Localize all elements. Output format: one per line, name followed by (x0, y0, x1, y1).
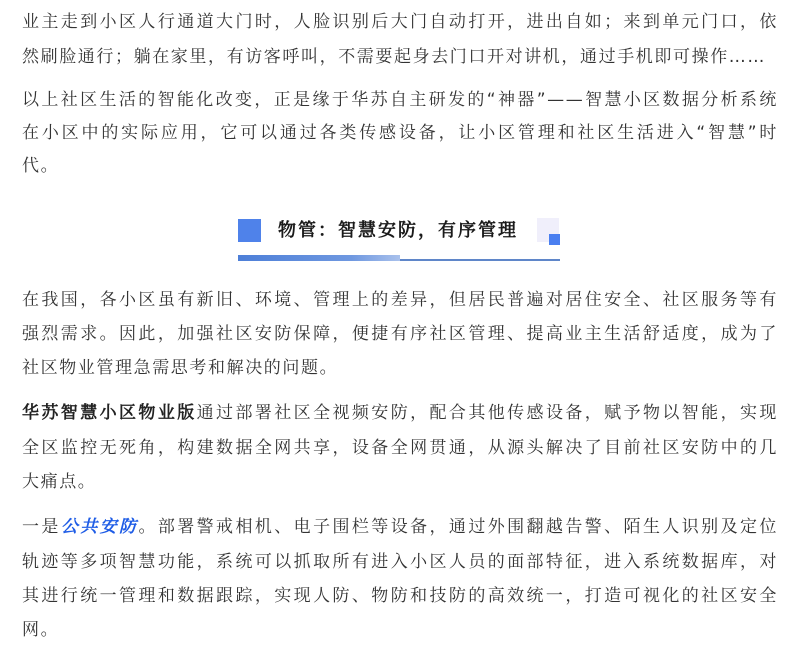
section-header: 物管：智慧安防，有序管理 (238, 214, 562, 264)
header-underline-thick (238, 255, 400, 261)
paragraph-5-line-1: 一是公共安防。部署警戒相机、电子围栏等设备，通过外围翻越告警、陌生人识别及定位 (22, 515, 778, 539)
header-square-right-decoration (549, 234, 560, 245)
paragraph-5-line-1-rest: 。部署警戒相机、电子围栏等设备，通过外围翻越告警、陌生人识别及定位 (138, 517, 778, 537)
paragraph-2-line-1: 以上社区生活的智能化改变，正是缘于华苏自主研发的“神器”——智慧小区数据分析系统 (22, 88, 778, 112)
paragraph-3-line-2: 强烈需求。因此，加强社区安防保障，便捷有序社区管理、提高业主生活舒适度，成为了 (22, 322, 778, 346)
paragraph-5-prefix: 一是 (22, 517, 61, 537)
paragraph-2-line-2: 在小区中的实际应用，它可以通过各类传感设备，让小区管理和社区生活进入“智慧”时 (22, 121, 778, 145)
paragraph-5-line-3: 其进行统一管理和数据跟踪，实现人防、物防和技防的高效统一，打造可视化的社区安全 (22, 584, 778, 608)
paragraph-4-line-1-rest: 通过部署社区全视频安防，配合其他传感设备，赋予物以智能，实现 (197, 403, 778, 423)
section-title: 物管：智慧安防，有序管理 (278, 217, 518, 245)
header-square-left-decoration (238, 219, 261, 242)
paragraph-1-line-1: 业主走到小区人行通道大门时，人脸识别后大门自动打开，进出自如；来到单元门口，依 (22, 10, 778, 34)
paragraph-5-line-2: 轨迹等多项智慧功能，系统可以抓取所有进入小区人员的面部特征，进入系统数据库，对 (22, 550, 778, 574)
paragraph-1-line-2: 然刷脸通行；躺在家里，有访客呼叫，不需要起身去门口开对讲机，通过手机即可操作…… (22, 45, 778, 69)
paragraph-2-line-3: 代。 (22, 154, 778, 178)
paragraph-5-line-4: 网。 (22, 618, 778, 642)
paragraph-3-line-3: 社区物业管理急需思考和解决的问题。 (22, 356, 778, 380)
header-underline-thin (400, 259, 560, 261)
paragraph-4-line-2: 全区监控无死角，构建数据全网共享，设备全网贯通，从源头解决了目前社区安防中的几 (22, 436, 778, 460)
paragraph-3-line-1: 在我国，各小区虽有新旧、环境、管理上的差异，但居民普遍对居住安全、社区服务等有 (22, 288, 778, 312)
paragraph-4-line-1: 华苏智慧小区物业版通过部署社区全视频安防，配合其他传感设备，赋予物以智能，实现 (22, 401, 778, 425)
product-name-bold: 华苏智慧小区物业版 (22, 403, 197, 423)
public-security-highlight: 公共安防 (61, 517, 139, 537)
paragraph-4-line-3: 大痛点。 (22, 470, 778, 494)
